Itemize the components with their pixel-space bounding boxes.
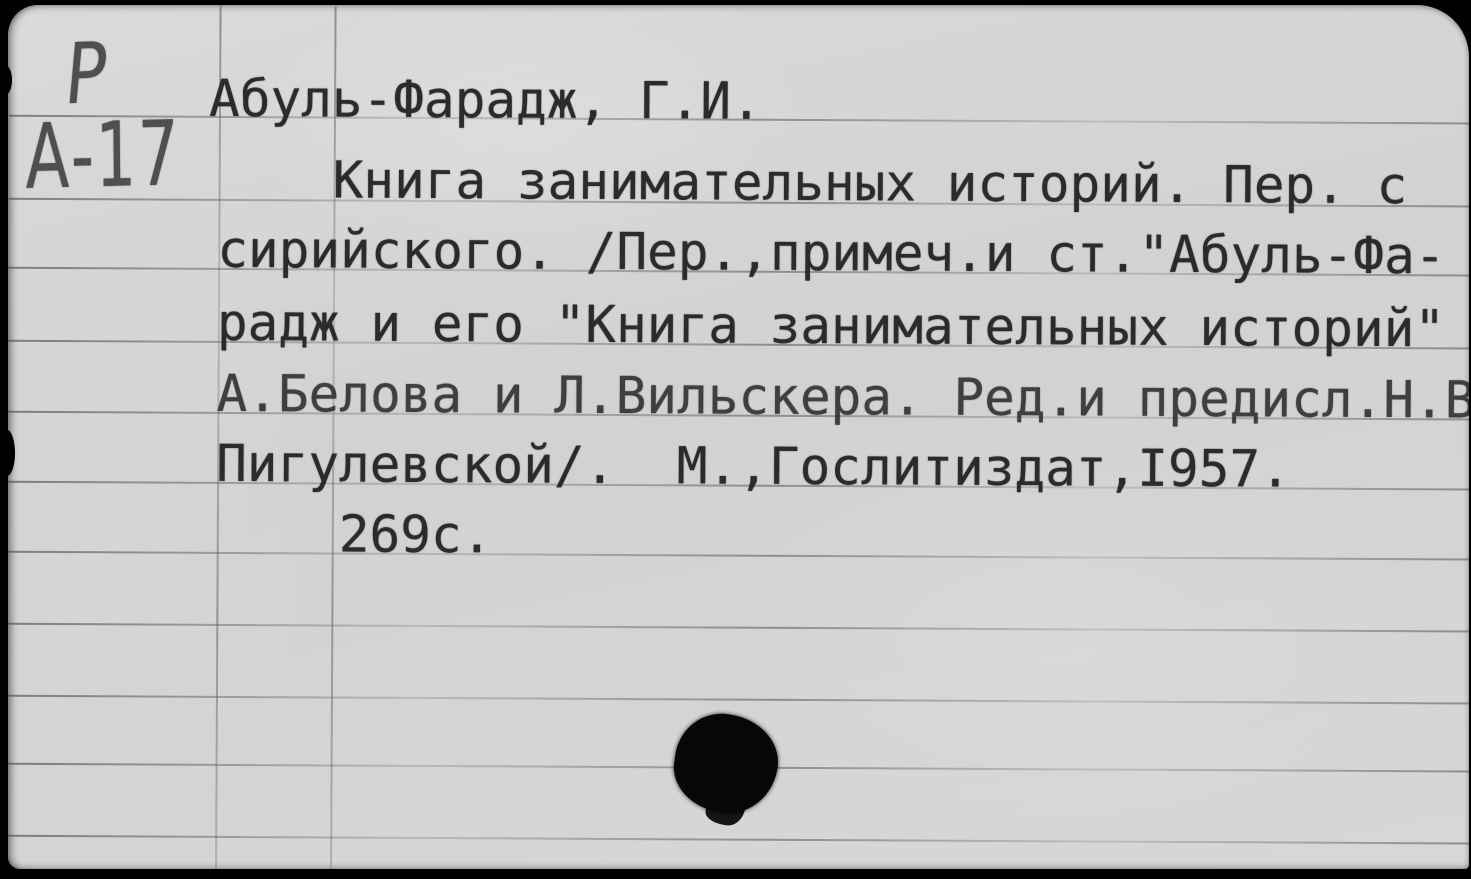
typed-line-author: Абуль-Фарадж, Г.И.	[209, 74, 762, 128]
typed-line-pagination: 269с.	[339, 510, 493, 562]
ruled-line	[8, 623, 1469, 633]
typed-line-title: Книга занимательных историй. Пер. с	[333, 155, 1408, 212]
typed-line-editors: А.Белова и Л.Вильскера. Ред.и предисл.Н.…	[216, 369, 1469, 427]
ruled-line	[8, 551, 1469, 561]
typed-line-translation-note: сирийского. /Пер.,примеч.и ст."Абуль-Фа-	[217, 225, 1445, 282]
call-number-code: А-17	[25, 109, 181, 202]
typed-line-imprint: Пигулевской/. М.,Гослитиздат,I957.	[216, 439, 1291, 496]
ruled-line	[8, 695, 1469, 705]
typed-line-article-note: радж и его "Книга занимательных историй"	[217, 298, 1445, 355]
photo-background: Р А-17 Абуль-Фарадж, Г.И. Книга занимате…	[0, 0, 1471, 879]
catalog-card: Р А-17 Абуль-Фарадж, Г.И. Книга занимате…	[8, 5, 1469, 869]
punch-hole	[668, 708, 784, 820]
card-content: Р А-17 Абуль-Фарадж, Г.И. Книга занимате…	[8, 5, 1469, 869]
ruled-line	[8, 835, 1469, 845]
